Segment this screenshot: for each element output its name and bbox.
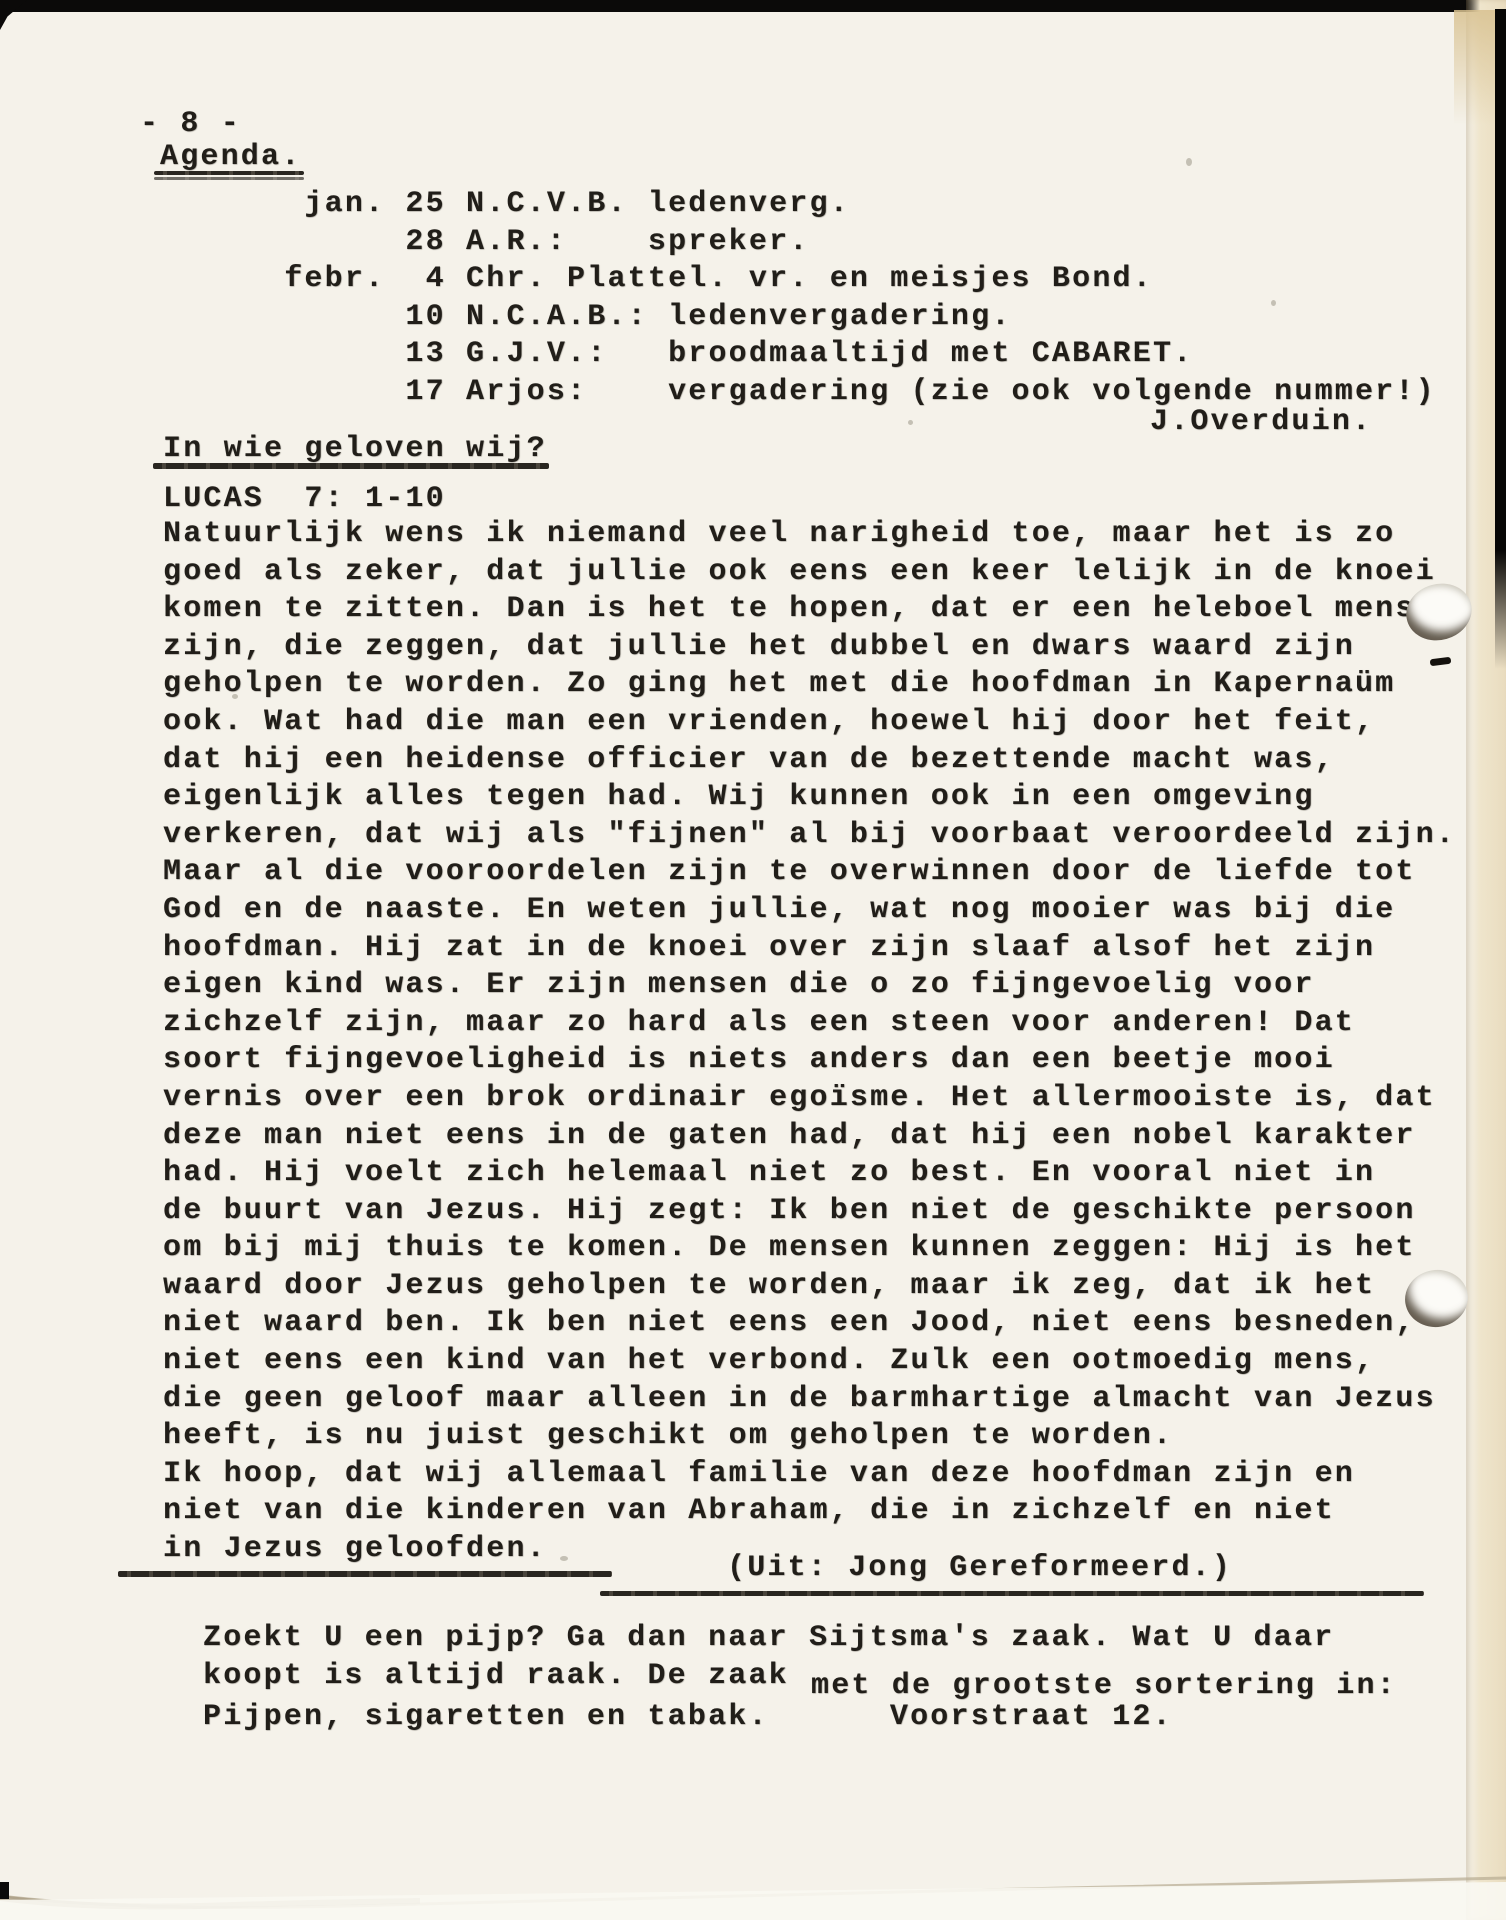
article-body: Natuurlijk wens ik niemand veel narighei…: [163, 516, 1456, 1569]
dust-speck: [232, 694, 238, 699]
ad-line-3: Pijpen, sigaretten en tabak. Voorstraat …: [203, 1699, 1173, 1737]
dust-speck: [1271, 300, 1276, 306]
article-title-underline: [153, 463, 549, 469]
scanned-newsletter-page: - 8 - Agenda. jan. 25 N.C.V.B. ledenverg…: [0, 0, 1506, 1920]
agenda-title-underline-2: [154, 177, 304, 180]
agenda-title-underline: [154, 171, 304, 175]
agenda-list: jan. 25 N.C.V.B. ledenverg. 28 A.R.: spr…: [163, 186, 1436, 412]
agenda-signature: J.Overduin.: [1150, 404, 1372, 442]
article-attribution: (Uit: Jong Gereformeerd.): [727, 1550, 1232, 1588]
article-scripture-reference: LUCAS 7: 1-10: [163, 481, 446, 519]
divider-rule-left: [118, 1571, 612, 1577]
dust-speck: [1186, 158, 1192, 166]
scan-right-border: [1495, 9, 1506, 669]
scan-top-border: [0, 0, 1506, 12]
page-bottom-edge-shadow: [0, 1848, 1506, 1920]
scan-bottom-mark: [0, 1882, 9, 1899]
ad-line-1: Zoekt U een pijp? Ga dan naar Sijtsma's …: [203, 1620, 1334, 1658]
ad-line-2: koopt is altijd raak. De zaak: [203, 1658, 789, 1696]
dust-speck: [908, 420, 913, 425]
dust-speck: [560, 1556, 568, 1561]
divider-rule-right: [600, 1591, 1424, 1596]
page-number: - 8 -: [140, 106, 241, 144]
